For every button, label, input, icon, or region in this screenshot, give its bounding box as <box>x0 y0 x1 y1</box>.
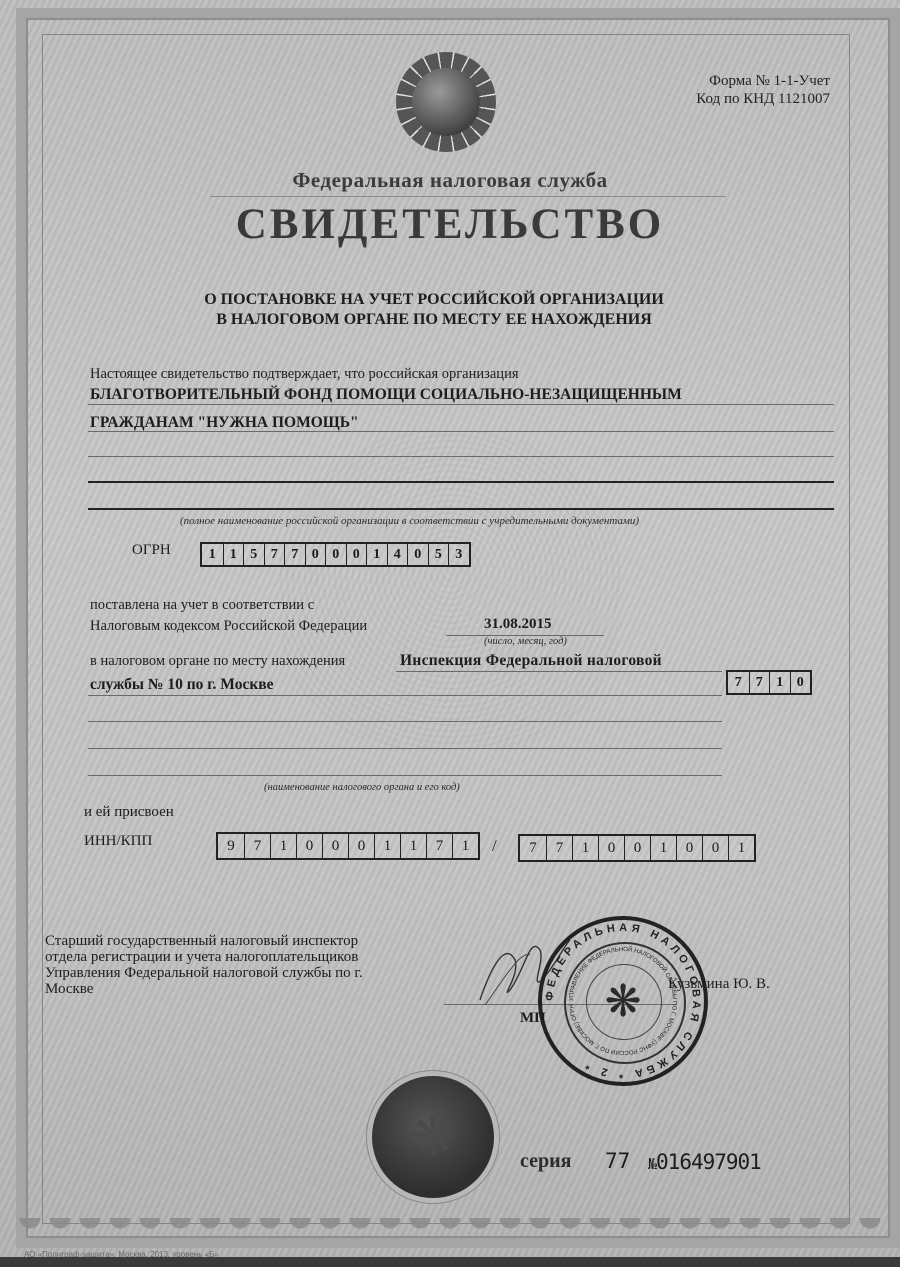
ogrn-digit: 4 <box>387 544 408 565</box>
inn-digit: 7 <box>426 834 452 858</box>
ogrn-digit: 1 <box>366 544 387 565</box>
rule <box>396 671 722 672</box>
kpp-digit: 1 <box>650 836 676 860</box>
ogrn-digit: 3 <box>448 544 469 565</box>
kpp-digit-boxes: 771001001 <box>518 834 756 862</box>
authority-code-digit: 0 <box>790 672 811 693</box>
inn-kpp-label: ИНН/КПП <box>84 833 152 850</box>
svg-text:ФЕДЕРАЛЬНАЯ НАЛОГОВАЯ СЛУЖБА *: ФЕДЕРАЛЬНАЯ НАЛОГОВАЯ СЛУЖБА * 2 * <box>544 922 703 1080</box>
authority-line-1: Инспекция Федеральной налоговой <box>400 652 662 670</box>
rule <box>88 721 722 722</box>
kpp-digit: 7 <box>520 836 546 860</box>
rule <box>88 456 834 457</box>
seal-place-mark: МП <box>520 1010 546 1027</box>
rule <box>88 695 722 696</box>
kpp-digit: 1 <box>728 836 754 860</box>
ogrn-digit: 7 <box>264 544 285 565</box>
certificate-number: №016497901 <box>648 1150 761 1174</box>
inn-kpp-separator: / <box>492 836 497 856</box>
bottom-edge <box>0 1257 900 1267</box>
kpp-digit: 7 <box>546 836 572 860</box>
rule <box>88 775 722 776</box>
position-line-1: Старший государственный налоговый инспек… <box>45 933 363 949</box>
series-label: серия <box>520 1150 571 1173</box>
ogrn-digit: 0 <box>346 544 367 565</box>
ogrn-digit: 7 <box>284 544 305 565</box>
authority-code-boxes: 7710 <box>726 670 812 695</box>
stamp-text-ring: ФЕДЕРАЛЬНАЯ НАЛОГОВАЯ СЛУЖБА * 2 * УПРАВ… <box>542 920 704 1082</box>
rule <box>88 481 834 483</box>
document-title: СВИДЕТЕЛЬСТВО <box>0 200 900 249</box>
inn-digit: 0 <box>348 834 374 858</box>
hologram-seal-icon <box>396 52 496 152</box>
number-sign: № <box>648 1155 656 1173</box>
series-value: 77 <box>605 1149 630 1173</box>
ogrn-digit: 0 <box>407 544 428 565</box>
ogrn-digit: 1 <box>223 544 244 565</box>
inn-digit: 1 <box>270 834 296 858</box>
assigned-text: и ей присвоен <box>84 804 174 821</box>
inn-digit: 7 <box>244 834 270 858</box>
intro-text: Настоящее свидетельство подтверждает, чт… <box>90 366 519 383</box>
rule <box>88 748 722 749</box>
org-name-line-1: БЛАГОТВОРИТЕЛЬНЫЙ ФОНД ПОМОЩИ СОЦИАЛЬНО-… <box>90 386 682 404</box>
ogrn-digit: 1 <box>202 544 223 565</box>
authority-intro: в налоговом органе по месту нахождения <box>90 653 345 670</box>
authority-code-digit: 1 <box>769 672 790 693</box>
subtitle-line-2: В НАЛОГОВОМ ОРГАНЕ ПО МЕСТУ ЕЕ НАХОЖДЕНИ… <box>0 310 868 330</box>
inn-digit: 0 <box>296 834 322 858</box>
inn-digit: 1 <box>400 834 426 858</box>
ogrn-digit: 0 <box>325 544 346 565</box>
coat-of-arms-watermark <box>280 430 620 750</box>
signatory-position: Старший государственный налоговый инспек… <box>45 933 363 997</box>
inn-digit: 9 <box>218 834 244 858</box>
form-info: Форма № 1-1-Учет Код по КНД 1121007 <box>696 72 830 108</box>
number-value: 016497901 <box>656 1150 761 1174</box>
position-line-3: Управления Федеральной налоговой службы … <box>45 965 363 981</box>
kpp-digit: 0 <box>702 836 728 860</box>
inn-digit: 1 <box>374 834 400 858</box>
document-subtitle: О ПОСТАНОВКЕ НА УЧЕТ РОССИЙСКОЙ ОРГАНИЗА… <box>0 290 868 330</box>
ogrn-digit: 5 <box>243 544 264 565</box>
registration-date: 31.08.2015 <box>484 616 552 633</box>
registration-line-2: Налоговым кодексом Российской Федерации <box>90 618 367 635</box>
registration-line-1: поставлена на учет в соответствии с <box>90 597 314 614</box>
org-name-caption: (полное наименование российской организа… <box>180 515 639 527</box>
authority-code-digit: 7 <box>749 672 770 693</box>
certificate-sheet: Форма № 1-1-Учет Код по КНД 1121007 Феде… <box>0 0 900 1267</box>
inn-digit: 1 <box>452 834 478 858</box>
authority-caption: (наименование налогового органа и его ко… <box>264 782 460 793</box>
position-line-4: Москве <box>45 981 363 997</box>
kpp-digit: 0 <box>624 836 650 860</box>
ogrn-digit-boxes: 1157700014053 <box>200 542 471 567</box>
org-name-line-2: ГРАЖДАНАМ "НУЖНА ПОМОЩЬ" <box>90 414 359 432</box>
eagle-emblem-icon: ❋ <box>594 974 652 1030</box>
inn-digit-boxes: 9710001171 <box>216 832 480 860</box>
rule <box>88 508 834 510</box>
subtitle-line-1: О ПОСТАНОВКЕ НА УЧЕТ РОССИЙСКОЙ ОРГАНИЗА… <box>0 290 868 310</box>
agency-name: Федеральная налоговая служба <box>0 168 900 193</box>
knd-code: Код по КНД 1121007 <box>696 90 830 108</box>
kpp-digit: 0 <box>598 836 624 860</box>
signatory-name: Кузьмина Ю. В. <box>668 976 770 993</box>
coat-of-arms-hologram-icon: ❋ <box>372 1076 494 1198</box>
divider <box>210 196 726 197</box>
ogrn-label: ОГРН <box>132 542 171 559</box>
authority-code-digit: 7 <box>728 672 749 693</box>
official-stamp: ФЕДЕРАЛЬНАЯ НАЛОГОВАЯ СЛУЖБА * 2 * УПРАВ… <box>538 916 708 1086</box>
border-ornament-bottom <box>18 1218 880 1244</box>
inn-digit: 0 <box>322 834 348 858</box>
rule <box>88 404 834 405</box>
kpp-digit: 0 <box>676 836 702 860</box>
position-line-2: отдела регистрации и учета налогоплатель… <box>45 949 363 965</box>
date-caption: (число, месяц, год) <box>484 636 567 647</box>
ogrn-digit: 0 <box>305 544 326 565</box>
ogrn-digit: 5 <box>428 544 449 565</box>
form-number: Форма № 1-1-Учет <box>696 72 830 90</box>
authority-line-2: службы № 10 по г. Москве <box>90 676 274 694</box>
rule <box>88 431 834 432</box>
kpp-digit: 1 <box>572 836 598 860</box>
